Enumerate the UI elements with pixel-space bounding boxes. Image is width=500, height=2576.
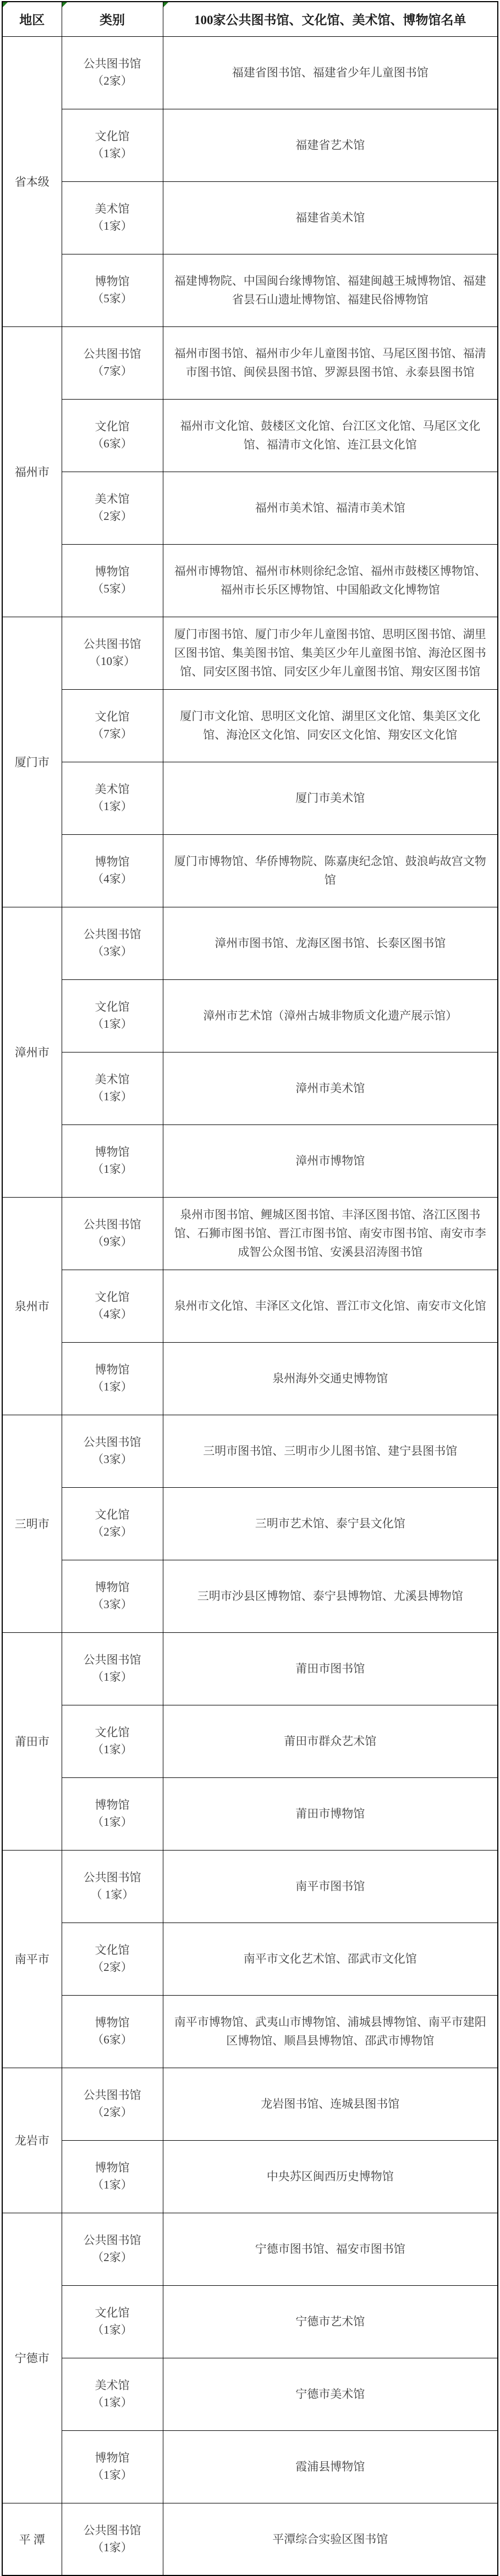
- category-cell: 文化馆（4家）: [62, 1270, 163, 1342]
- category-cell: 公共图书馆（3家）: [62, 907, 163, 979]
- category-name: 博物馆: [65, 563, 160, 580]
- green-corner-marker: [3, 2, 8, 7]
- category-name: 美术馆: [65, 201, 160, 218]
- table-row: 福州市公共图书馆（7家）福州市图书馆、福州市少年儿童图书馆、马尾区图书馆、福清市…: [2, 326, 498, 399]
- region-cell: 泉州市: [2, 1197, 62, 1415]
- table-row: 博物馆（4家）厦门市博物馆、华侨博物院、陈嘉庚纪念馆、鼓浪屿故宫文物馆: [2, 834, 498, 907]
- table-row: 龙岩市公共图书馆（2家）龙岩图书馆、连城县图书馆: [2, 2068, 498, 2140]
- category-count: （1家）: [65, 1669, 160, 1686]
- category-name: 博物馆: [65, 1797, 160, 1814]
- category-count: （4家）: [65, 1306, 160, 1323]
- category-count: （1家）: [65, 218, 160, 235]
- category-name: 文化馆: [65, 1289, 160, 1306]
- category-count: （1家）: [65, 145, 160, 162]
- category-cell: 美术馆（1家）: [62, 2358, 163, 2430]
- category-count: （7家）: [65, 363, 160, 380]
- page: 地区 类别 100家公共图书馆、文化馆、美术馆、博物馆名单 省本级公共图书馆（2…: [0, 0, 500, 2576]
- region-cell: 省本级: [2, 36, 62, 326]
- header-row: 地区 类别 100家公共图书馆、文化馆、美术馆、博物馆名单: [2, 2, 498, 36]
- category-name: 博物馆: [65, 273, 160, 290]
- names-cell: 厦门市美术馆: [163, 762, 498, 834]
- table-row: 美术馆（1家）厦门市美术馆: [2, 762, 498, 834]
- category-cell: 文化馆（2家）: [62, 1487, 163, 1560]
- names-cell: 宁德市艺术馆: [163, 2285, 498, 2358]
- header-region-label: 地区: [19, 13, 45, 27]
- header-list-title-label: 100家公共图书馆、文化馆、美术馆、博物馆名单: [194, 13, 466, 27]
- category-name: 文化馆: [65, 128, 160, 145]
- category-count: （2家）: [65, 2104, 160, 2121]
- table-row: 三明市公共图书馆（3家）三明市图书馆、三明市少儿图书馆、建宁县图书馆: [2, 1415, 498, 1487]
- category-count: （2家）: [65, 1959, 160, 1976]
- names-cell: 福建省图书馆、福建省少年儿童图书馆: [163, 36, 498, 109]
- category-name: 美术馆: [65, 781, 160, 798]
- header-list-title: 100家公共图书馆、文化馆、美术馆、博物馆名单: [163, 2, 498, 36]
- table-row: 文化馆（1家）漳州市艺术馆（漳州古城非物质文化遗产展示馆）: [2, 979, 498, 1052]
- names-cell: 福州市文化馆、鼓楼区文化馆、台江区文化馆、马尾区文化馆、福清市文化馆、连江县文化…: [163, 399, 498, 472]
- category-cell: 博物馆（3家）: [62, 1560, 163, 1632]
- names-cell: 莆田市博物馆: [163, 1777, 498, 1850]
- category-name: 公共图书馆: [65, 2087, 160, 2104]
- category-name: 文化馆: [65, 708, 160, 725]
- table-row: 省本级公共图书馆（2家）福建省图书馆、福建省少年儿童图书馆: [2, 36, 498, 109]
- category-name: 公共图书馆: [65, 1869, 160, 1886]
- category-count: （5家）: [65, 290, 160, 307]
- category-name: 美术馆: [65, 491, 160, 508]
- category-count: （ 1家）: [65, 1886, 160, 1903]
- venues-table: 地区 类别 100家公共图书馆、文化馆、美术馆、博物馆名单 省本级公共图书馆（2…: [2, 1, 498, 2576]
- table-row: 文化馆（1家）福建省艺术馆: [2, 109, 498, 181]
- category-cell: 文化馆（2家）: [62, 1923, 163, 1995]
- category-name: 公共图书馆: [65, 346, 160, 363]
- category-count: （1家）: [65, 1016, 160, 1033]
- category-name: 博物馆: [65, 1144, 160, 1161]
- green-corner-marker: [163, 2, 168, 7]
- table-row: 博物馆（1家）霞浦县博物馆: [2, 2430, 498, 2503]
- category-name: 公共图书馆: [65, 2522, 160, 2539]
- header-category-label: 类别: [100, 13, 125, 27]
- category-name: 公共图书馆: [65, 636, 160, 653]
- category-name: 博物馆: [65, 2450, 160, 2467]
- table-body: 省本级公共图书馆（2家）福建省图书馆、福建省少年儿童图书馆文化馆（1家）福建省艺…: [2, 36, 498, 2575]
- category-cell: 公共图书馆（ 1家）: [62, 1850, 163, 1923]
- category-cell: 文化馆（1家）: [62, 109, 163, 181]
- category-name: 公共图书馆: [65, 1652, 160, 1669]
- table-row: 文化馆（7家）厦门市文化馆、思明区文化馆、湖里区文化馆、集美区文化馆、海沧区文化…: [2, 689, 498, 762]
- table-row: 美术馆（1家）漳州市美术馆: [2, 1052, 498, 1124]
- names-cell: 厦门市博物馆、华侨博物院、陈嘉庚纪念馆、鼓浪屿故宫文物馆: [163, 834, 498, 907]
- names-cell: 泉州海外交通史博物馆: [163, 1342, 498, 1415]
- names-cell: 厦门市图书馆、厦门市少年儿童图书馆、思明区图书馆、湖里区图书馆、集美图书馆、集美…: [163, 617, 498, 689]
- table-row: 文化馆（4家）泉州市文化馆、丰泽区文化馆、晋江市文化馆、南安市文化馆: [2, 1270, 498, 1342]
- category-name: 文化馆: [65, 1506, 160, 1524]
- table-row: 博物馆（1家）泉州海外交通史博物馆: [2, 1342, 498, 1415]
- category-cell: 美术馆（2家）: [62, 472, 163, 544]
- table-row: 文化馆（1家）宁德市艺术馆: [2, 2285, 498, 2358]
- header-category: 类别: [62, 2, 163, 36]
- header-region: 地区: [2, 2, 62, 36]
- region-cell: 厦门市: [2, 617, 62, 907]
- category-cell: 美术馆（1家）: [62, 762, 163, 834]
- table-row: 文化馆（2家）南平市文化艺术馆、邵武市文化馆: [2, 1923, 498, 1995]
- table-row: 厦门市公共图书馆（10家）厦门市图书馆、厦门市少年儿童图书馆、思明区图书馆、湖里…: [2, 617, 498, 689]
- category-count: （3家）: [65, 1451, 160, 1468]
- category-count: （1家）: [65, 2322, 160, 2339]
- table-row: 美术馆（1家）福建省美术馆: [2, 181, 498, 254]
- table-row: 平 潭公共图书馆（1家）平潭综合实验区图书馆: [2, 2503, 498, 2575]
- names-cell: 泉州市图书馆、鲤城区图书馆、丰泽区图书馆、洛江区图书馆、石狮市图书馆、晋江市图书…: [163, 1197, 498, 1270]
- category-cell: 美术馆（1家）: [62, 1052, 163, 1124]
- green-corner-marker: [62, 2, 67, 7]
- names-cell: 南平市图书馆: [163, 1850, 498, 1923]
- category-name: 美术馆: [65, 2377, 160, 2394]
- category-cell: 公共图书馆（9家）: [62, 1197, 163, 1270]
- category-name: 文化馆: [65, 2304, 160, 2322]
- table-row: 博物馆（5家）福建博物院、中国闽台缘博物馆、福建闽越王城博物馆、福建省昙石山遗址…: [2, 254, 498, 326]
- table-row: 博物馆（1家）莆田市博物馆: [2, 1777, 498, 1850]
- category-count: （6家）: [65, 435, 160, 452]
- table-row: 博物馆（1家）中央苏区闽西历史博物馆: [2, 2140, 498, 2213]
- category-count: （2家）: [65, 508, 160, 525]
- category-cell: 博物馆（5家）: [62, 544, 163, 617]
- category-count: （7家）: [65, 725, 160, 743]
- table-row: 美术馆（1家）宁德市美术馆: [2, 2358, 498, 2430]
- category-cell: 公共图书馆（2家）: [62, 2213, 163, 2285]
- names-cell: 霞浦县博物馆: [163, 2430, 498, 2503]
- region-cell: 平 潭: [2, 2503, 62, 2575]
- category-name: 公共图书馆: [65, 56, 160, 73]
- category-name: 文化馆: [65, 999, 160, 1016]
- table-row: 博物馆（5家）福州市博物馆、福州市林则徐纪念馆、福州市鼓楼区博物馆、福州市长乐区…: [2, 544, 498, 617]
- region-cell: 福州市: [2, 326, 62, 617]
- table-row: 博物馆（3家）三明市沙县区博物馆、泰宁县博物馆、尤溪县博物馆: [2, 1560, 498, 1632]
- table-row: 文化馆（6家）福州市文化馆、鼓楼区文化馆、台江区文化馆、马尾区文化馆、福清市文化…: [2, 399, 498, 472]
- table-row: 漳州市公共图书馆（3家）漳州市图书馆、龙海区图书馆、长泰区图书馆: [2, 907, 498, 979]
- category-name: 文化馆: [65, 1942, 160, 1959]
- category-cell: 博物馆（1家）: [62, 1124, 163, 1197]
- category-cell: 博物馆（5家）: [62, 254, 163, 326]
- table-row: 文化馆（2家）三明市艺术馆、泰宁县文化馆: [2, 1487, 498, 1560]
- region-cell: 莆田市: [2, 1632, 62, 1850]
- category-cell: 博物馆（1家）: [62, 2140, 163, 2213]
- table-row: 宁德市公共图书馆（2家）宁德市图书馆、福安市图书馆: [2, 2213, 498, 2285]
- table-row: 博物馆（6家）南平市博物馆、武夷山市博物馆、浦城县博物馆、南平市建阳区博物馆、顺…: [2, 1995, 498, 2068]
- region-cell: 三明市: [2, 1415, 62, 1632]
- category-name: 博物馆: [65, 1361, 160, 1378]
- category-cell: 博物馆（6家）: [62, 1995, 163, 2068]
- category-cell: 文化馆（1家）: [62, 2285, 163, 2358]
- category-count: （6家）: [65, 2031, 160, 2048]
- category-count: （1家）: [65, 2539, 160, 2556]
- category-name: 博物馆: [65, 854, 160, 871]
- category-count: （1家）: [65, 1088, 160, 1105]
- category-count: （3家）: [65, 943, 160, 960]
- table-row: 美术馆（2家）福州市美术馆、福清市美术馆: [2, 472, 498, 544]
- category-cell: 文化馆（1家）: [62, 979, 163, 1052]
- names-cell: 南平市博物馆、武夷山市博物馆、浦城县博物馆、南平市建阳区博物馆、顺昌县博物馆、邵…: [163, 1995, 498, 2068]
- names-cell: 福州市图书馆、福州市少年儿童图书馆、马尾区图书馆、福清市图书馆、闽侯县图书馆、罗…: [163, 326, 498, 399]
- category-cell: 美术馆（1家）: [62, 181, 163, 254]
- category-name: 公共图书馆: [65, 1216, 160, 1233]
- names-cell: 福建博物院、中国闽台缘博物馆、福建闽越王城博物馆、福建省昙石山遗址博物馆、福建民…: [163, 254, 498, 326]
- category-cell: 公共图书馆（10家）: [62, 617, 163, 689]
- category-name: 公共图书馆: [65, 1434, 160, 1451]
- region-cell: 宁德市: [2, 2213, 62, 2503]
- category-count: （2家）: [65, 2249, 160, 2266]
- category-cell: 文化馆（6家）: [62, 399, 163, 472]
- category-cell: 博物馆（1家）: [62, 1342, 163, 1415]
- names-cell: 福州市博物馆、福州市林则徐纪念馆、福州市鼓楼区博物馆、福州市长乐区博物馆、中国船…: [163, 544, 498, 617]
- region-cell: 龙岩市: [2, 2068, 62, 2213]
- category-count: （1家）: [65, 1814, 160, 1831]
- category-name: 文化馆: [65, 1724, 160, 1741]
- table-row: 文化馆（1家）莆田市群众艺术馆: [2, 1705, 498, 1777]
- category-name: 文化馆: [65, 418, 160, 435]
- category-name: 公共图书馆: [65, 926, 160, 943]
- category-count: （3家）: [65, 1596, 160, 1613]
- category-count: （1家）: [65, 2467, 160, 2484]
- table-row: 博物馆（1家）漳州市博物馆: [2, 1124, 498, 1197]
- names-cell: 三明市艺术馆、泰宁县文化馆: [163, 1487, 498, 1560]
- category-count: （1家）: [65, 798, 160, 815]
- category-count: （5家）: [65, 580, 160, 597]
- region-cell: 南平市: [2, 1850, 62, 2068]
- names-cell: 宁德市图书馆、福安市图书馆: [163, 2213, 498, 2285]
- names-cell: 漳州市美术馆: [163, 1052, 498, 1124]
- category-cell: 公共图书馆（7家）: [62, 326, 163, 399]
- names-cell: 莆田市群众艺术馆: [163, 1705, 498, 1777]
- category-cell: 公共图书馆（2家）: [62, 36, 163, 109]
- category-count: （10家）: [65, 653, 160, 670]
- names-cell: 福建省艺术馆: [163, 109, 498, 181]
- category-cell: 公共图书馆（1家）: [62, 1632, 163, 1705]
- category-name: 博物馆: [65, 1579, 160, 1596]
- names-cell: 三明市图书馆、三明市少儿图书馆、建宁县图书馆: [163, 1415, 498, 1487]
- names-cell: 泉州市文化馆、丰泽区文化馆、晋江市文化馆、南安市文化馆: [163, 1270, 498, 1342]
- category-count: （1家）: [65, 1741, 160, 1758]
- names-cell: 南平市文化艺术馆、邵武市文化馆: [163, 1923, 498, 1995]
- category-cell: 博物馆（1家）: [62, 2430, 163, 2503]
- category-name: 博物馆: [65, 2014, 160, 2031]
- category-count: （2家）: [65, 1524, 160, 1541]
- names-cell: 漳州市艺术馆（漳州古城非物质文化遗产展示馆）: [163, 979, 498, 1052]
- category-cell: 公共图书馆（1家）: [62, 2503, 163, 2575]
- category-cell: 公共图书馆（3家）: [62, 1415, 163, 1487]
- names-cell: 厦门市文化馆、思明区文化馆、湖里区文化馆、集美区文化馆、海沧区文化馆、同安区文化…: [163, 689, 498, 762]
- names-cell: 福建省美术馆: [163, 181, 498, 254]
- names-cell: 平潭综合实验区图书馆: [163, 2503, 498, 2575]
- region-cell: 漳州市: [2, 907, 62, 1197]
- table-row: 泉州市公共图书馆（9家）泉州市图书馆、鲤城区图书馆、丰泽区图书馆、洛江区图书馆、…: [2, 1197, 498, 1270]
- names-cell: 福州市美术馆、福清市美术馆: [163, 472, 498, 544]
- category-cell: 文化馆（7家）: [62, 689, 163, 762]
- names-cell: 三明市沙县区博物馆、泰宁县博物馆、尤溪县博物馆: [163, 1560, 498, 1632]
- names-cell: 莆田市图书馆: [163, 1632, 498, 1705]
- category-count: （2家）: [65, 73, 160, 90]
- category-count: （1家）: [65, 1378, 160, 1395]
- category-cell: 公共图书馆（2家）: [62, 2068, 163, 2140]
- table-row: 南平市公共图书馆（ 1家）南平市图书馆: [2, 1850, 498, 1923]
- names-cell: 中央苏区闽西历史博物馆: [163, 2140, 498, 2213]
- names-cell: 龙岩图书馆、连城县图书馆: [163, 2068, 498, 2140]
- category-name: 美术馆: [65, 1071, 160, 1088]
- category-cell: 文化馆（1家）: [62, 1705, 163, 1777]
- category-count: （1家）: [65, 1161, 160, 1178]
- category-count: （4家）: [65, 871, 160, 888]
- names-cell: 漳州市图书馆、龙海区图书馆、长泰区图书馆: [163, 907, 498, 979]
- category-name: 博物馆: [65, 2159, 160, 2176]
- category-count: （1家）: [65, 2176, 160, 2193]
- names-cell: 漳州市博物馆: [163, 1124, 498, 1197]
- category-count: （1家）: [65, 2394, 160, 2411]
- category-cell: 博物馆（1家）: [62, 1777, 163, 1850]
- category-count: （9家）: [65, 1233, 160, 1250]
- category-cell: 博物馆（4家）: [62, 834, 163, 907]
- table-row: 莆田市公共图书馆（1家）莆田市图书馆: [2, 1632, 498, 1705]
- category-name: 公共图书馆: [65, 2232, 160, 2249]
- names-cell: 宁德市美术馆: [163, 2358, 498, 2430]
